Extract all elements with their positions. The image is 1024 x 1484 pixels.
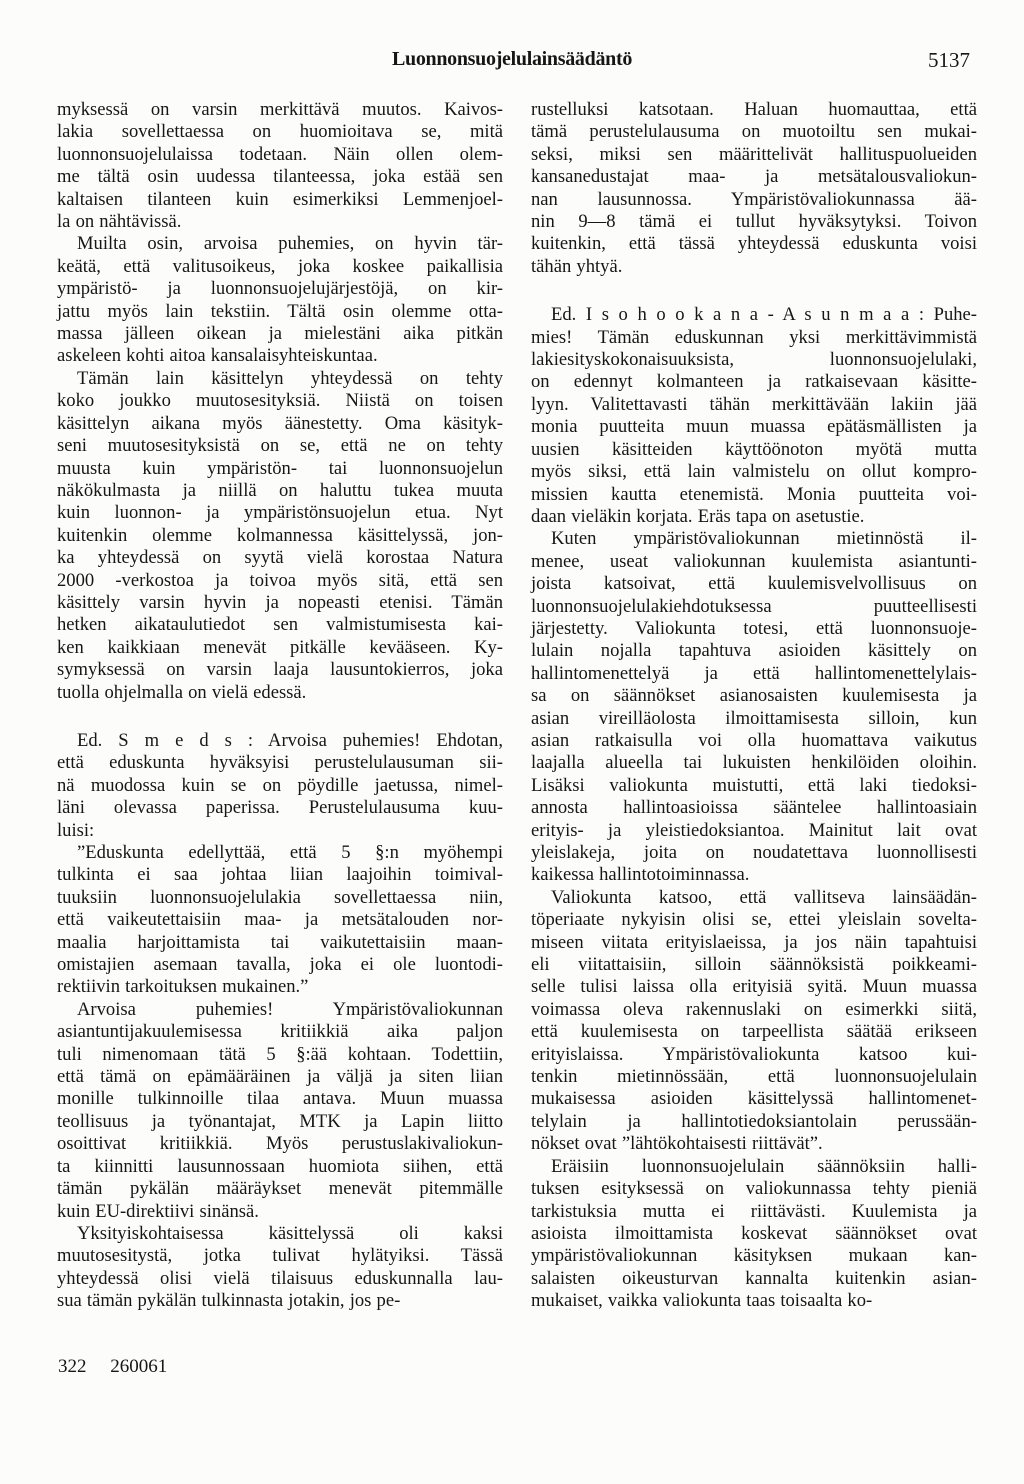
text-line: järjestetty. Valiokunta totesi, että luo… bbox=[531, 618, 977, 640]
text-line: rektiivin tarkoituksen mukainen.” bbox=[57, 976, 503, 998]
text-line: daan vieläkin korjata. Eräs tapa on aset… bbox=[531, 506, 977, 528]
text-line: Eräisiin luonnonsuojelulain säännöksiin … bbox=[531, 1156, 977, 1178]
text-line: käsittelyn aikana myös äänestetty. Oma k… bbox=[57, 413, 503, 435]
text-line: luonnonsuojelulakiehdotuksessa puutteell… bbox=[531, 596, 977, 618]
text-line: että kuulemisesta on tarpeellista säätää… bbox=[531, 1021, 977, 1043]
text-line: monia puutteita muun muassa epätäsmällis… bbox=[531, 416, 977, 438]
text-line: tämä perustelulausuma on muotoiltu sen m… bbox=[531, 121, 977, 143]
document-page: Luonnonsuojelulainsäädäntö 5137 myksessä… bbox=[0, 0, 1024, 1484]
text-line: on edennyt kolmanteen ja ratkaisevaan kä… bbox=[531, 371, 977, 393]
text-line: lyyn. Valitettavasti tähän merkittävään … bbox=[531, 394, 977, 416]
text-line: yleislakeja, joita on noudatettava luonn… bbox=[531, 842, 977, 864]
text-line: näkökulmasta ja niillä on haluttu tukea … bbox=[57, 480, 503, 502]
text-line: eli viitattaisiin, silloin säännöksistä … bbox=[531, 954, 977, 976]
text-line: käsittely varsin hyvin ja nopeasti eteni… bbox=[57, 592, 503, 614]
text-line: tämän pykälän määräykset menevät pitemmä… bbox=[57, 1178, 503, 1200]
text-line: myös siksi, että lain valmistelu on ollu… bbox=[531, 461, 977, 483]
text-line: ka yhteydessä on syytä vielä korostaa Na… bbox=[57, 547, 503, 569]
text-line: nökset ovat ”lähtökohtaisesti riittävät”… bbox=[531, 1133, 977, 1155]
text-line: ympäristövaliokunnan käsityksen mukaan k… bbox=[531, 1245, 977, 1267]
text-line: mukaiset, vaikka valiokunta taas toisaal… bbox=[531, 1290, 977, 1312]
text-line: lulain nojalla tapahtuva asioiden käsitt… bbox=[531, 640, 977, 662]
paragraph: Kuten ympäristövaliokunnan mietinnöstä i… bbox=[531, 528, 977, 887]
text-line: tuksen esityksessä on valiokunnassa teht… bbox=[531, 1178, 977, 1200]
text-line: erityis- ja yleistiedoksiantoa. Mainitut… bbox=[531, 820, 977, 842]
paragraph: Tämän lain käsittelyn yhteydessä on teht… bbox=[57, 368, 503, 704]
text-line: monille tulkinnoille tilaa antava. Muun … bbox=[57, 1088, 503, 1110]
text-line: mies! Tämän eduskunnan yksi merkittävimm… bbox=[531, 327, 977, 349]
text-line: nan lausunnossa. Ympäristövaliokunnassa … bbox=[531, 189, 977, 211]
text-line: tähän yhtyä. bbox=[531, 256, 977, 278]
text-line: kuin EU-direktiivi sinänsä. bbox=[57, 1201, 503, 1223]
text-line: läni olevassa paperissa. Perustelulausum… bbox=[57, 797, 503, 819]
text-line: laajalla alueella tai lukuisten henkilöi… bbox=[531, 752, 977, 774]
text-line: erityislaissa. Ympäristövaliokunta katso… bbox=[531, 1044, 977, 1066]
text-line: tenkin mietinnössään, että luonnonsuojel… bbox=[531, 1066, 977, 1088]
text-line: askeleen kohti aitoa kansalaisyhteiskunt… bbox=[57, 345, 503, 367]
text-line: nin 9—8 tämä ei tullut hyväksytyksi. Toi… bbox=[531, 211, 977, 233]
text-line: teollisuus ja työnantajat, MTK ja Lapin … bbox=[57, 1111, 503, 1133]
text-columns: myksessä on varsin merkittävä muutos. Ka… bbox=[57, 99, 977, 1313]
text-line: Ed. S m e d s : Arvoisa puhemies! Ehdota… bbox=[57, 730, 503, 752]
text-line: la on nähtävissä. bbox=[57, 211, 503, 233]
text-line: asioista ilmoittamista koskevat säännöks… bbox=[531, 1223, 977, 1245]
paragraph: myksessä on varsin merkittävä muutos. Ka… bbox=[57, 99, 503, 233]
text-line: telylain ja hallintotiedoksiantolain per… bbox=[531, 1111, 977, 1133]
text-line: lakia sovellettaessa on huomioitava se, … bbox=[57, 121, 503, 143]
text-line: missien kautta etenemistä. Monia puuttei… bbox=[531, 484, 977, 506]
text-line: kuitenkin, että tässä yhteydessä eduskun… bbox=[531, 233, 977, 255]
text-line: salaisten oikeusturvan kannalta kuitenki… bbox=[531, 1268, 977, 1290]
text-line: hallintomenettelyä ja että hallintomenet… bbox=[531, 663, 977, 685]
text-line: ”Eduskunta edellyttää, että 5 §:n myöhem… bbox=[57, 842, 503, 864]
text-line: kuin luonnon- ja ympäristönsuojelun etua… bbox=[57, 502, 503, 524]
text-line: massa jälleen oikean ja mielestäni aika … bbox=[57, 323, 503, 345]
text-line: symyksessä on varsin laaja lausuntokierr… bbox=[57, 659, 503, 681]
page-footer: 322 260061 bbox=[58, 1356, 167, 1378]
text-line: asian vireilläolosta ilmoittamisesta sil… bbox=[531, 708, 977, 730]
text-line: voimassa oleva rakennuslaki on esimerkki… bbox=[531, 999, 977, 1021]
text-line: muusta kuin ympäristön- tai luonnonsuoje… bbox=[57, 458, 503, 480]
text-line: tuli nimenomaan tätä 5 §:ää kohtaan. Tod… bbox=[57, 1044, 503, 1066]
paragraph: Ed. I s o h o o k a n a - A s u n m a a … bbox=[531, 304, 977, 528]
text-line: että eduskunta hyväksyisi perustelulausu… bbox=[57, 752, 503, 774]
text-line: tuuksiin luonnonsuojelulakia sovellettae… bbox=[57, 887, 503, 909]
text-line: että vaikeutettaisiin maa- ja metsätalou… bbox=[57, 909, 503, 931]
footer-number-left: 322 bbox=[58, 1356, 87, 1378]
text-line: Kuten ympäristövaliokunnan mietinnöstä i… bbox=[531, 528, 977, 550]
text-line: sua tämän pykälän tulkinnasta jotakin, j… bbox=[57, 1290, 503, 1312]
paragraph: Valiokunta katsoo, että vallitseva lains… bbox=[531, 887, 977, 1156]
text-line: maalia harjoittamista tai vaikutettaisii… bbox=[57, 932, 503, 954]
text-line: tarkistuksia mutta ei riittävästi. Kuule… bbox=[531, 1201, 977, 1223]
text-line: jattu myös lain tekstiin. Tältä osin ole… bbox=[57, 301, 503, 323]
text-line: rustelluksi katsotaan. Haluan huomauttaa… bbox=[531, 99, 977, 121]
text-line: Tämän lain käsittelyn yhteydessä on teht… bbox=[57, 368, 503, 390]
text-line: selle tulisi laissa olla erityisiä syitä… bbox=[531, 976, 977, 998]
text-line: kaltaisen tilanteen kuin esimerkiksi Lem… bbox=[57, 189, 503, 211]
text-line: seni muutosesityksistä on se, että ne on… bbox=[57, 435, 503, 457]
text-line: kaikessa hallintotoiminnassa. bbox=[531, 864, 977, 886]
text-line: joista katsoivat, että kuulemisvelvollis… bbox=[531, 573, 977, 595]
text-line: ken kaikkiaan menevät pitkälle kevääseen… bbox=[57, 637, 503, 659]
paragraph: Muilta osin, arvoisa puhemies, on hyvin … bbox=[57, 233, 503, 367]
text-line: miseen viitata erityislaeissa, ja jos nä… bbox=[531, 932, 977, 954]
text-line: 2000 -verkostoa ja toivoa myös sitä, ett… bbox=[57, 570, 503, 592]
text-line: töperiaate nykyisin olisi se, ettei ylei… bbox=[531, 909, 977, 931]
text-line: että tämä on epämääräinen ja väljä ja si… bbox=[57, 1066, 503, 1088]
text-line: Muilta osin, arvoisa puhemies, on hyvin … bbox=[57, 233, 503, 255]
text-line: mukaisessa asioiden käsittelyssä hallint… bbox=[531, 1088, 977, 1110]
text-line: menee, useat valiokunnan kuulemista asia… bbox=[531, 551, 977, 573]
text-line: ympäristö- ja luonnonsuojelujärjestöjä, … bbox=[57, 278, 503, 300]
page-number: 5137 bbox=[928, 48, 970, 73]
text-line: Arvoisa puhemies! Ympäristövaliokunnan bbox=[57, 999, 503, 1021]
text-line: annosta hallintoasioissa sääntelee halli… bbox=[531, 797, 977, 819]
paragraph: Arvoisa puhemies! Ympäristövaliokunnanas… bbox=[57, 999, 503, 1223]
text-line: kansanedustajat maa- ja metsätalousvalio… bbox=[531, 166, 977, 188]
paragraph: Yksityiskohtaisessa käsittelyssä oli kak… bbox=[57, 1223, 503, 1313]
text-line: ta kiinnitti lausunnossaan huomiota siih… bbox=[57, 1156, 503, 1178]
text-line: yhteydessä olisi vielä tilaisuus eduskun… bbox=[57, 1268, 503, 1290]
text-line: keätä, että valitusoikeus, joka koskee p… bbox=[57, 256, 503, 278]
text-line: Ed. I s o h o o k a n a - A s u n m a a … bbox=[531, 304, 977, 326]
text-line: tulkinta ei saa johtaa liian laajoihin t… bbox=[57, 864, 503, 886]
text-line: Lisäksi valiokunta muistutti, että laki … bbox=[531, 775, 977, 797]
paragraph: Ed. S m e d s : Arvoisa puhemies! Ehdota… bbox=[57, 730, 503, 842]
text-line: lakiesityskokonaisuuksista, luonnonsuoje… bbox=[531, 349, 977, 371]
footer-number-right: 260061 bbox=[110, 1356, 167, 1378]
text-line: myksessä on varsin merkittävä muutos. Ka… bbox=[57, 99, 503, 121]
text-line: uusien käsitteiden käyttöönoton myötä mu… bbox=[531, 439, 977, 461]
text-line: luonnonsuojelulaissa todetaan. Näin olle… bbox=[57, 144, 503, 166]
text-line: luisi: bbox=[57, 820, 503, 842]
text-line: sa on säännökset asianosaisten kuulemise… bbox=[531, 685, 977, 707]
text-line: Valiokunta katsoo, että vallitseva lains… bbox=[531, 887, 977, 909]
text-line: nä muodossa kuin se on pöydille jaetussa… bbox=[57, 775, 503, 797]
paragraph: Eräisiin luonnonsuojelulain säännöksiin … bbox=[531, 1156, 977, 1313]
text-line: muutosesitystä, jotka tulivat hylätyiksi… bbox=[57, 1245, 503, 1267]
text-line: tuolla ohjelmalla on vielä edessä. bbox=[57, 682, 503, 704]
text-line: asiantuntijakuulemisessa kritiikkiä aika… bbox=[57, 1021, 503, 1043]
text-line: osoittivat kritiikkiä. Myös perustuslaki… bbox=[57, 1133, 503, 1155]
text-line: asian ratkaisulla voi olla huomattava va… bbox=[531, 730, 977, 752]
text-line: Yksityiskohtaisessa käsittelyssä oli kak… bbox=[57, 1223, 503, 1245]
text-line: koko joukko muutosesityksiä. Niistä on t… bbox=[57, 390, 503, 412]
text-line: hetken aikataulutiedot sen valmistumises… bbox=[57, 614, 503, 636]
text-line: omistajien asemaan tavalla, joka ei ole … bbox=[57, 954, 503, 976]
page-header: Luonnonsuojelulainsäädäntö 5137 bbox=[0, 48, 1024, 74]
paragraph: ”Eduskunta edellyttää, että 5 §:n myöhem… bbox=[57, 842, 503, 999]
text-line: kuitenkin olemme kolmannessa käsittelyss… bbox=[57, 525, 503, 547]
column-left: myksessä on varsin merkittävä muutos. Ka… bbox=[57, 99, 503, 1313]
text-line: me tältä osin uudessa tilanteessa, joka … bbox=[57, 166, 503, 188]
page-title: Luonnonsuojelulainsäädäntö bbox=[0, 48, 1024, 71]
column-right: rustelluksi katsotaan. Haluan huomauttaa… bbox=[531, 99, 977, 1313]
text-line: seksi, miksi sen määrittelivät hallitusp… bbox=[531, 144, 977, 166]
paragraph: rustelluksi katsotaan. Haluan huomauttaa… bbox=[531, 99, 977, 278]
